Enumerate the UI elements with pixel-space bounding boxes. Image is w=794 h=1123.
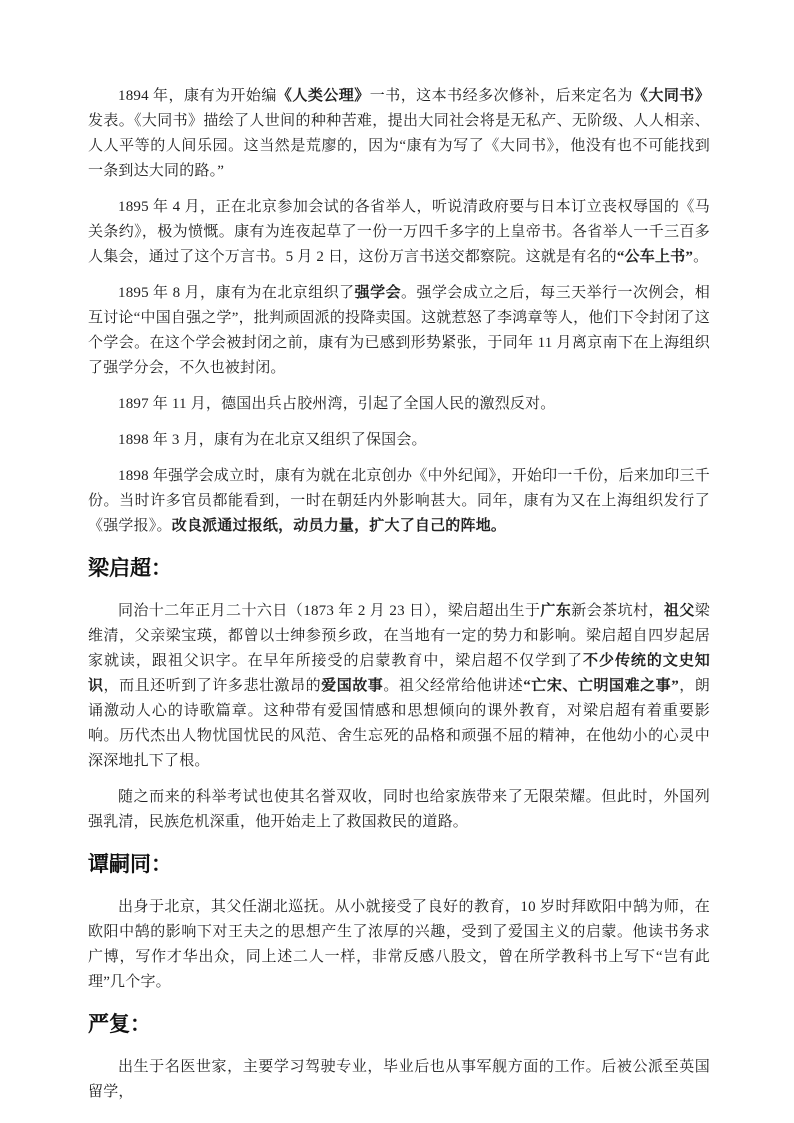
text-run: 梁启超： xyxy=(88,556,172,580)
text-run: 1894 年，康有为开始编 xyxy=(118,88,277,104)
document-page: 1894 年，康有为开始编《人类公理》一书，这本书经多次修补，后来定名为《大同书… xyxy=(0,0,794,1123)
text-run: 1898 年 3 月，康有为在北京又组织了保国会。 xyxy=(118,432,427,448)
text-run: 随之而来的科举考试也使其名誉双收，同时也给家族带来了无限荣耀。但此时，外国列强乳… xyxy=(88,789,710,830)
paragraph: 1895 年 4 月，正在北京参加会试的各省举人，听说清政府要与日本订立丧权辱国… xyxy=(88,195,710,270)
text-run: 改良派通过报纸，动员力量，扩大了自己的阵地。 xyxy=(172,518,506,534)
text-run: 谭嗣同： xyxy=(88,852,172,876)
text-run: 。祖父经常给他讲述 xyxy=(383,678,523,694)
document-body: 1894 年，康有为开始编《人类公理》一书，这本书经多次修补，后来定名为《大同书… xyxy=(88,84,710,1105)
text-run: 新会茶坑村， xyxy=(571,603,664,619)
section-heading: 谭嗣同： xyxy=(88,851,710,877)
text-run: 一书，这本书经多次修补，后来定名为 xyxy=(370,88,633,104)
text-run: 发表。《大同书》描绘了人世间的种种苦难，提出大同社会将是无私产、无阶级、人人相亲… xyxy=(88,113,710,179)
text-run: 《大同书》 xyxy=(633,88,710,104)
text-run: 1897 年 11 月，德国出兵占胶州湾，引起了全国人民的激烈反对。 xyxy=(118,396,556,412)
paragraph: 随之而来的科举考试也使其名誉双收，同时也给家族带来了无限荣耀。但此时，外国列强乳… xyxy=(88,785,710,835)
paragraph: 同治十二年正月二十六日（1873 年 2 月 23 日），梁启超出生于广东新会茶… xyxy=(88,599,710,774)
paragraph: 1895 年 8 月，康有为在北京组织了强学会。强学会成立之后，每三天举行一次例… xyxy=(88,281,710,381)
text-run: 强学会 xyxy=(355,285,401,301)
text-run: 同治十二年正月二十六日（1873 年 2 月 23 日），梁启超出生于 xyxy=(118,603,540,619)
text-run: 出身于北京，其父任湖北巡抚。从小就接受了良好的教育，10 岁时拜欧阳中鹄为师，在… xyxy=(88,899,710,990)
text-run: 广东 xyxy=(540,603,571,619)
text-run: 。 xyxy=(693,249,708,265)
paragraph: 1894 年，康有为开始编《人类公理》一书，这本书经多次修补，后来定名为《大同书… xyxy=(88,84,710,184)
text-run: 严复： xyxy=(88,1012,151,1036)
paragraph: 1898 年 3 月，康有为在北京又组织了保国会。 xyxy=(88,428,710,453)
text-run: 1895 年 8 月，康有为在北京组织了 xyxy=(118,285,355,301)
text-run: 爱国故事 xyxy=(321,678,383,694)
text-run: ，而且还听到了许多悲壮激昂的 xyxy=(104,678,322,694)
paragraph: 出生于名医世家，主要学习驾驶专业，毕业后也从事军舰方面的工作。后被公派至英国留学… xyxy=(88,1055,710,1105)
paragraph: 1897 年 11 月，德国出兵占胶州湾，引起了全国人民的激烈反对。 xyxy=(88,392,710,417)
section-heading: 梁启超： xyxy=(88,555,710,581)
paragraph: 1898 年强学会成立时，康有为就在北京创办《中外纪闻》，开始印一千份，后来加印… xyxy=(88,464,710,539)
text-run: 《人类公理》 xyxy=(277,88,370,104)
paragraph: 出身于北京，其父任湖北巡抚。从小就接受了良好的教育，10 岁时拜欧阳中鹄为师，在… xyxy=(88,895,710,995)
text-run: 出生于名医世家，主要学习驾驶专业，毕业后也从事军舰方面的工作。后被公派至英国留学… xyxy=(88,1059,710,1100)
text-run: 祖父 xyxy=(664,603,695,619)
text-run: “亡宋、亡明国难之事” xyxy=(523,678,679,694)
section-heading: 严复： xyxy=(88,1011,710,1037)
text-run: “公车上书” xyxy=(617,249,693,265)
